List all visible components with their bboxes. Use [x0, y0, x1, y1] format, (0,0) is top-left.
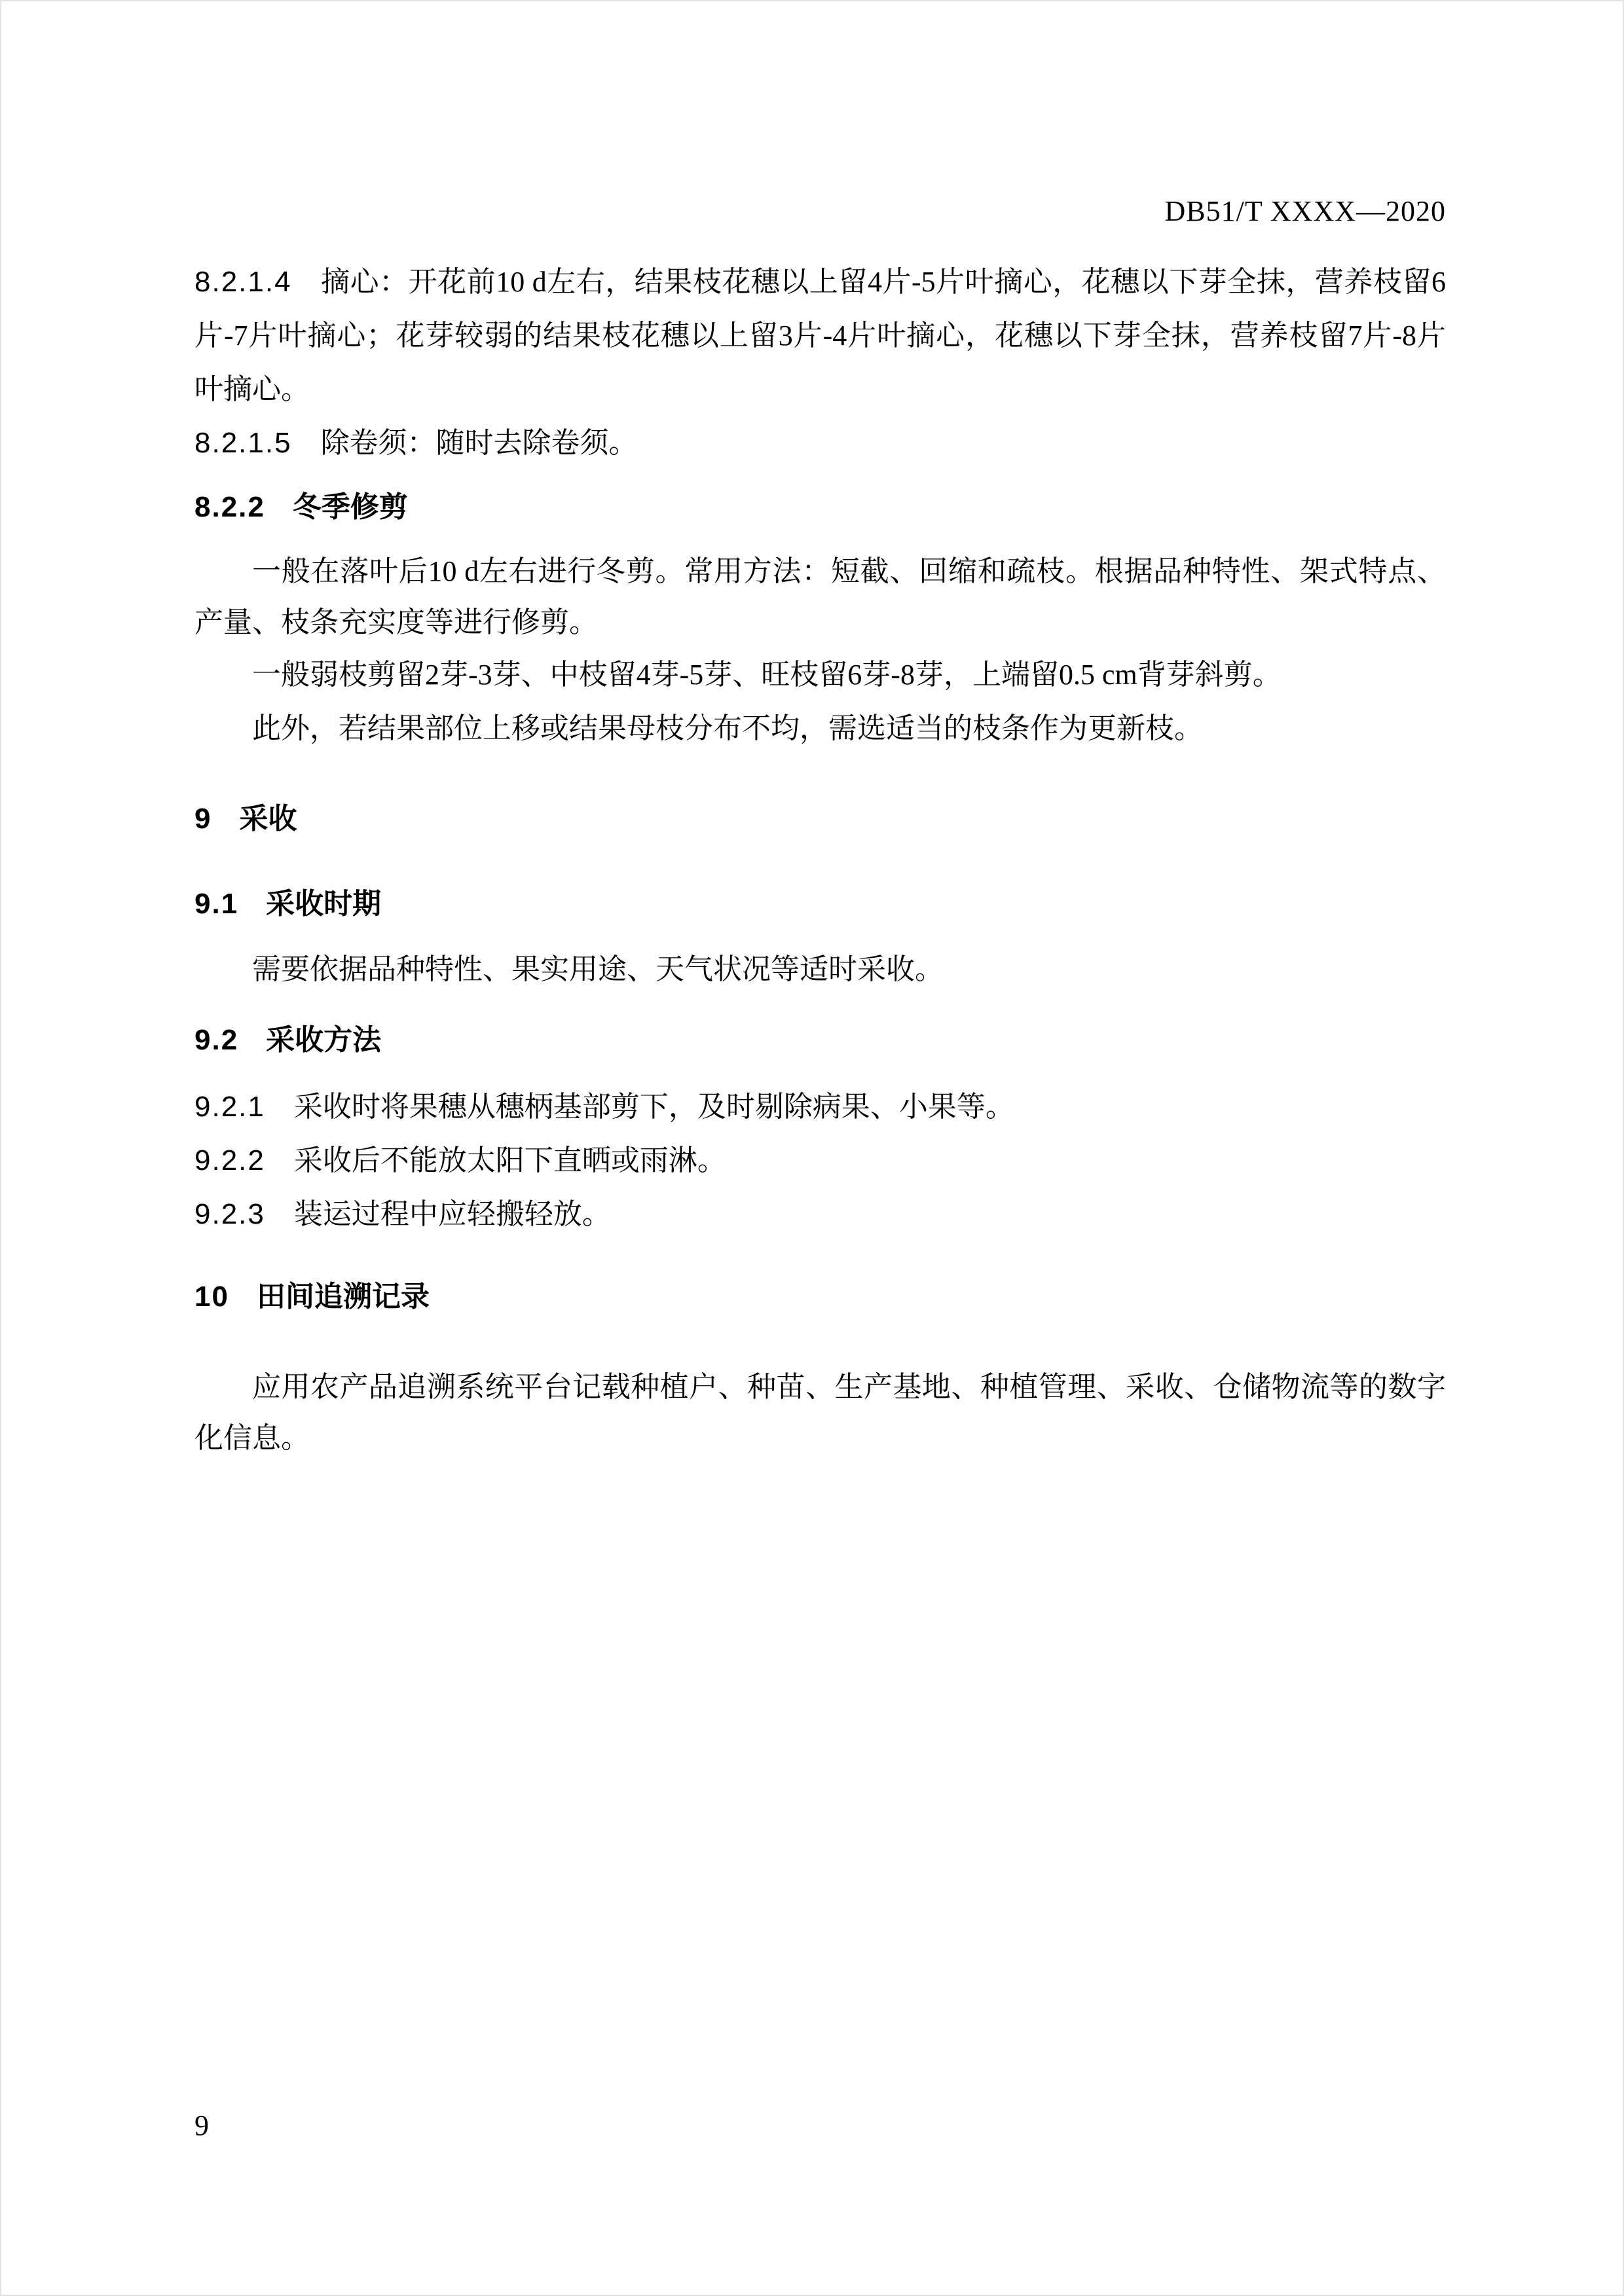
clause-number: 9.2.2 [194, 1144, 265, 1176]
clause-number: 9.2.3 [194, 1198, 265, 1230]
heading-number: 9.1 [194, 888, 238, 920]
clause-text: 采收后不能放太阳下直晒或雨淋。 [294, 1144, 726, 1176]
heading-number: 8.2.2 [194, 491, 265, 523]
heading-text: 采收 [239, 803, 297, 835]
heading-text: 采收方法 [266, 1024, 381, 1056]
clause-9-2-1: 9.2.1采收时将果穗从穗柄基部剪下，及时剔除病果、小果等。 [194, 1080, 1446, 1134]
clause-text: 采收时将果穗从穗柄基部剪下，及时剔除病果、小果等。 [294, 1091, 1014, 1123]
paragraph: 应用农产品追溯系统平台记载种植户、种苗、生产基地、种植管理、采收、仓储物流等的数… [194, 1362, 1446, 1464]
clause-text: 摘心：开花前10 d左右，结果枝花穗以上留4片-5片叶摘心，花穗以下芽全抹，营养… [194, 266, 1446, 405]
section-heading-9-1: 9.1采收时期 [194, 877, 1446, 931]
section-heading-8-2-2: 8.2.2冬季修剪 [194, 481, 1446, 534]
clause-9-2-2: 9.2.2采收后不能放太阳下直晒或雨淋。 [194, 1134, 1446, 1188]
section-heading-9: 9采收 [194, 792, 1446, 846]
paragraph: 需要依据品种特性、果实用途、天气状况等适时采收。 [194, 943, 1446, 996]
paragraph: 此外，若结果部位上移或结果母枝分布不均，需选适当的枝条作为更新枝。 [194, 702, 1446, 756]
heading-text: 采收时期 [266, 888, 381, 920]
paragraph: 一般在落叶后10 d左右进行冬剪。常用方法：短截、回缩和疏枝。根据品种特性、架式… [194, 546, 1446, 648]
heading-number: 9 [194, 803, 212, 835]
clause-number: 9.2.1 [194, 1091, 265, 1123]
heading-number: 10 [194, 1281, 229, 1313]
clause-text: 装运过程中应轻搬轻放。 [294, 1198, 611, 1230]
heading-number: 9.2 [194, 1024, 238, 1056]
page-number: 9 [194, 2105, 209, 2146]
paragraph: 一般弱枝剪留2芽-3芽、中枝留4芽-5芽、旺枝留6芽-8芽，上端留0.5 cm背… [194, 648, 1446, 702]
clause-9-2-3: 9.2.3装运过程中应轻搬轻放。 [194, 1188, 1446, 1241]
heading-text: 冬季修剪 [293, 491, 408, 523]
document-page: DB51/T XXXX—2020 8.2.1.4摘心：开花前10 d左右，结果枝… [0, 0, 1624, 2296]
clause-number: 8.2.1.5 [194, 427, 292, 459]
clause-8-2-1-4: 8.2.1.4摘心：开花前10 d左右，结果枝花穗以上留4片-5片叶摘心，花穗以… [194, 255, 1446, 416]
heading-text: 田间追溯记录 [257, 1281, 430, 1313]
standard-number-header: DB51/T XXXX—2020 [194, 191, 1446, 232]
section-heading-10: 10田间追溯记录 [194, 1270, 1446, 1324]
section-heading-9-2: 9.2采收方法 [194, 1013, 1446, 1067]
clause-number: 8.2.1.4 [194, 266, 292, 298]
clause-8-2-1-5: 8.2.1.5除卷须：随时去除卷须。 [194, 416, 1446, 470]
clause-text: 除卷须：随时去除卷须。 [321, 427, 638, 459]
